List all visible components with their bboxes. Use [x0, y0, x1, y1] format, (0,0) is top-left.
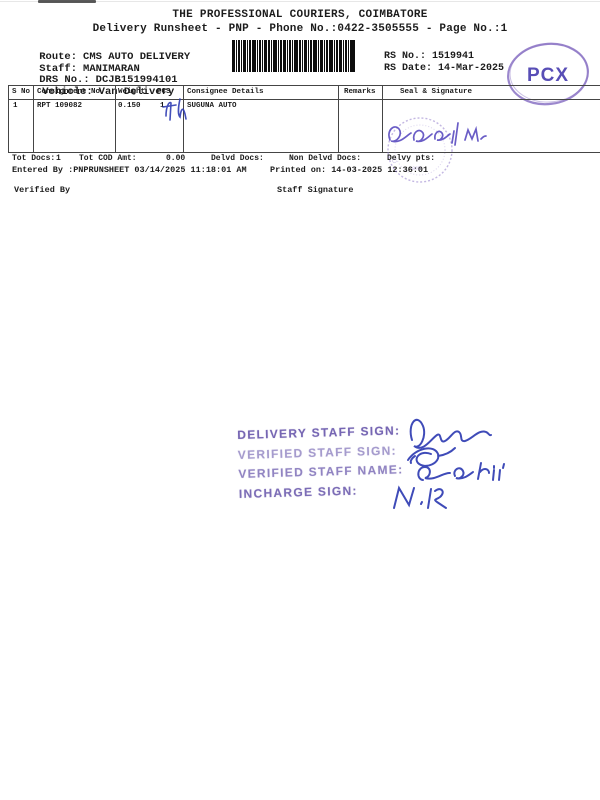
- header-remarks: Remarks: [344, 88, 376, 96]
- scan-smudge: [38, 0, 96, 3]
- header-consignee-details: Consignee Details: [187, 88, 264, 96]
- tot-cod-value: 0.00: [166, 154, 185, 163]
- row-consignee: SUGUNA AUTO: [187, 102, 237, 110]
- delivery-staff-signature: [411, 420, 491, 448]
- non-delvd-docs-label: Non Delvd Docs:: [289, 154, 361, 163]
- tot-cod-label: Tot COD Amt:: [79, 154, 137, 163]
- header-seal-signature: Seal & Signature: [400, 88, 472, 96]
- table-border-top: [8, 85, 600, 86]
- seal-and-signature-stamp: C ero: [380, 112, 525, 197]
- rs-date-line: RS Date:14-Mar-2025: [360, 52, 504, 85]
- tot-docs-label: Tot Docs:: [12, 154, 55, 163]
- delvd-docs-label: Delvd Docs:: [211, 154, 264, 163]
- consignee-signature: [389, 123, 486, 145]
- tot-docs-value: 1: [56, 154, 61, 163]
- rs-date-label: RS Date:: [384, 63, 432, 74]
- rs-date-value: 14-Mar-2025: [438, 63, 504, 74]
- header-consignment-no: Consignment No: [37, 88, 100, 96]
- pcs-handwritten-mark: [158, 94, 188, 120]
- table-col-sep-1: [33, 85, 34, 152]
- page-subtitle: Delivery Runsheet - PNP - Phone No.:0422…: [0, 23, 600, 35]
- row-consignment-no: RPT 109082: [37, 102, 82, 110]
- svg-text:C: C: [391, 158, 399, 166]
- pcx-stamp-text: PCX: [527, 65, 569, 86]
- handwritten-signatures: [368, 398, 523, 518]
- header-weight: Weight: [118, 88, 145, 96]
- svg-text:ero: ero: [412, 166, 421, 172]
- verified-by-label: Verified By: [14, 185, 70, 195]
- table-col-sep-4: [338, 85, 339, 152]
- row-weight: 0.150: [118, 102, 141, 110]
- page-title: THE PROFESSIONAL COURIERS, COIMBATORE: [0, 9, 600, 21]
- table-col-sep-2: [115, 85, 116, 152]
- entered-by-text: Entered By :PNPRUNSHEET 03/14/2025 11:18…: [12, 165, 247, 175]
- verified-staff-signature: [408, 448, 455, 466]
- table-border-header: [8, 99, 600, 100]
- header-s-no: S No: [12, 88, 30, 96]
- staff-signature-label: Staff Signature: [277, 185, 354, 195]
- delivery-runsheet-document: THE PROFESSIONAL COURIERS, COIMBATORE De…: [0, 0, 600, 800]
- row-s-no: 1: [13, 102, 18, 110]
- incharge-signature: [394, 488, 446, 508]
- barcode: [232, 40, 356, 72]
- table-border-left: [8, 85, 9, 152]
